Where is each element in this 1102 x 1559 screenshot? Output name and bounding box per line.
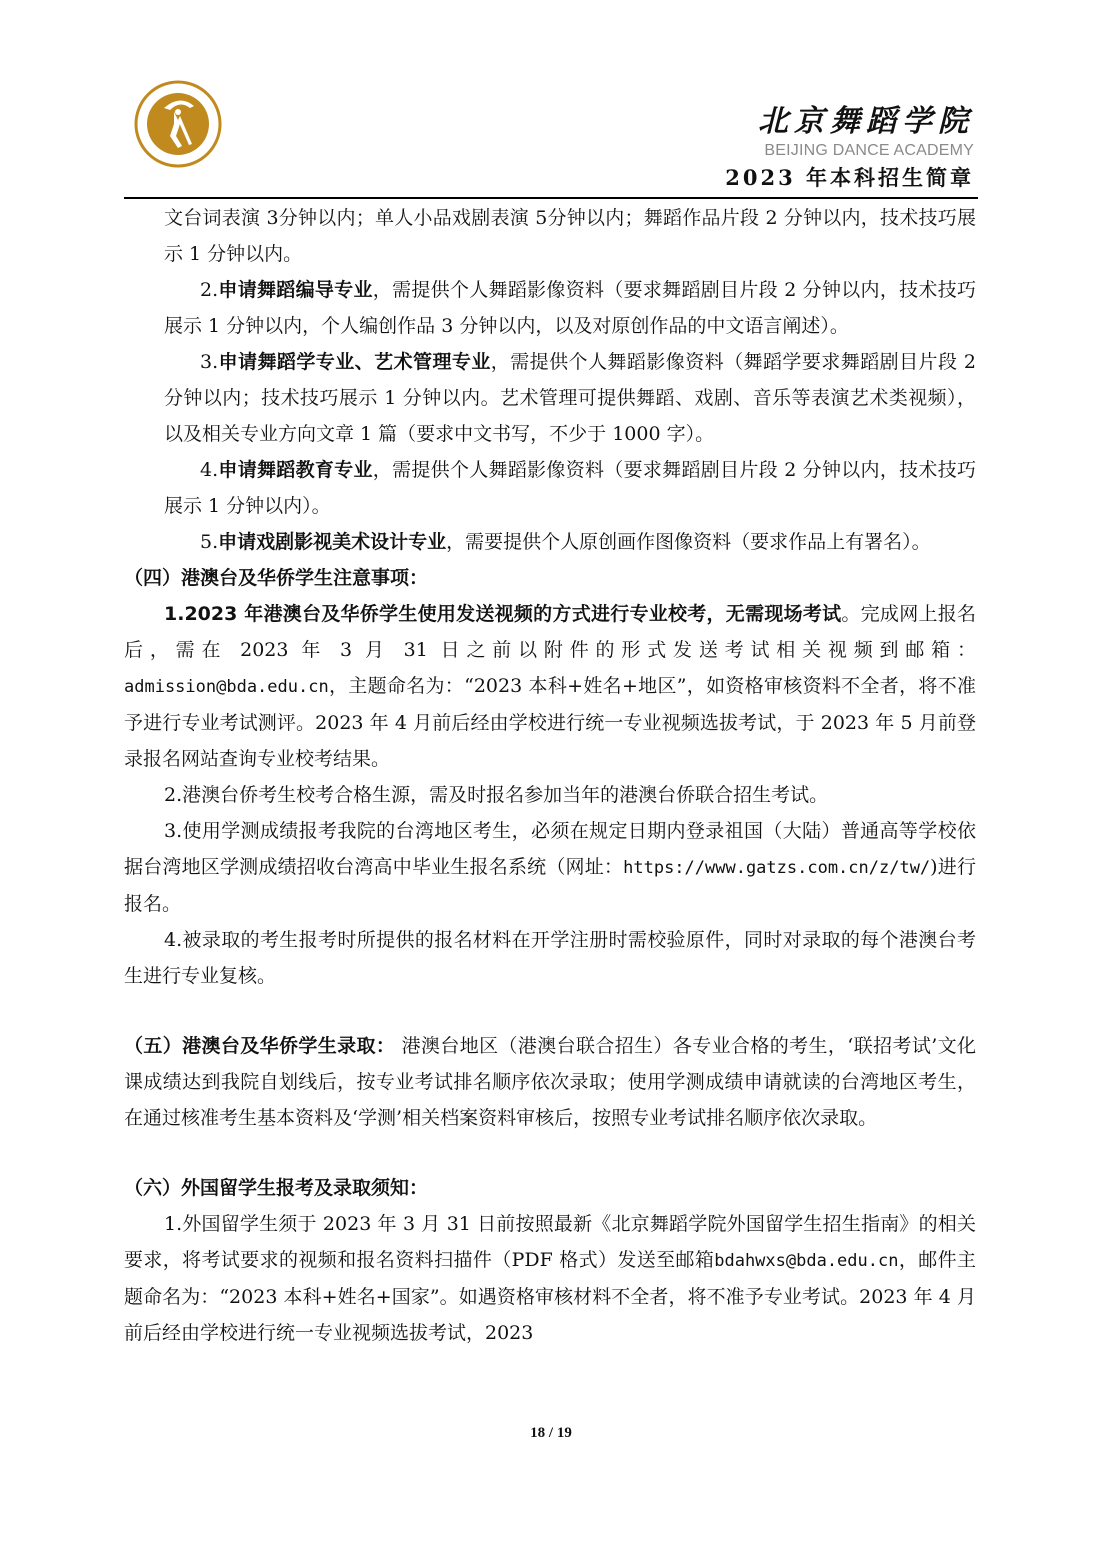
item-bold: 申请戏剧影视美术设计专业 bbox=[218, 531, 446, 553]
document-title: 2023 年本科招生简章 bbox=[725, 164, 974, 192]
section-4-item-2: 2.港澳台侨考生校考合格生源，需及时报名参加当年的港澳台侨联合招生考试。 bbox=[124, 777, 976, 813]
section-4-item-1: 1.2023 年港澳台及华侨学生使用发送视频的方式进行专业校考，无需现场考试。完… bbox=[124, 596, 976, 777]
section-4-item-4: 4.被录取的考生报考时所提供的报名材料在开学注册时需校验原件，同时对录取的每个港… bbox=[124, 922, 976, 994]
bda-seal-logo-icon bbox=[134, 80, 222, 168]
list-item: 4.申请舞蹈教育专业，需提供个人舞蹈影像资料（要求舞蹈剧目片段 2 分钟以内，技… bbox=[124, 452, 976, 524]
list-item: 2.申请舞蹈编导专业，需提供个人舞蹈影像资料（要求舞蹈剧目片段 2 分钟以内，技… bbox=[124, 272, 976, 344]
section-4-item-3: 3.使用学测成绩报考我院的台湾地区考生，必须在规定日期内登录祖国（大陆）普通高等… bbox=[124, 813, 976, 922]
item-number: 2. bbox=[200, 279, 218, 301]
brand-block: 北京舞蹈学院 BEIJING DANCE ACADEMY 2023 年本科招生简… bbox=[725, 104, 974, 192]
page-indicator: 18 / 19 bbox=[0, 1425, 1102, 1442]
email-link[interactable]: admission@bda.edu.cn bbox=[124, 677, 329, 697]
section-4-heading: （四）港澳台及华侨学生注意事项： bbox=[124, 560, 976, 596]
document-body: 文台词表演 3分钟以内；单人小品戏剧表演 5分钟以内；舞蹈作品片段 2 分钟以内… bbox=[124, 200, 976, 1351]
section-6-heading: （六）外国留学生报考及录取须知： bbox=[124, 1170, 976, 1206]
school-name-cn: 北京舞蹈学院 bbox=[725, 104, 974, 140]
email-link[interactable]: bdahwxs@bda.edu.cn bbox=[714, 1251, 898, 1271]
header-rule bbox=[124, 197, 978, 199]
item-number: 3. bbox=[200, 351, 218, 373]
section-5: （五）港澳台及华侨学生录取： 港澳台地区（港澳台联合招生）各专业合格的考生，‘联… bbox=[124, 1028, 976, 1136]
intro-continuation: 文台词表演 3分钟以内；单人小品戏剧表演 5分钟以内；舞蹈作品片段 2 分钟以内… bbox=[124, 200, 976, 272]
spacer bbox=[124, 1136, 976, 1170]
item-text: ，需要提供个人原创画作图像资料（要求作品上有署名）。 bbox=[446, 531, 931, 553]
item-bold: 申请舞蹈教育专业 bbox=[218, 459, 373, 481]
list-item: 3.申请舞蹈学专业、艺术管理专业，需提供个人舞蹈影像资料（舞蹈学要求舞蹈剧目片段… bbox=[124, 344, 976, 452]
section-5-heading: （五）港澳台及华侨学生录取： bbox=[124, 1035, 395, 1057]
section-6-item-1: 1.外国留学生须于 2023 年 3 月 31 日前按照最新《北京舞蹈学院外国留… bbox=[124, 1206, 976, 1351]
item-number: 4. bbox=[200, 459, 218, 481]
item-bold: 申请舞蹈学专业、艺术管理专业 bbox=[218, 351, 491, 373]
list-item: 5.申请戏剧影视美术设计专业，需要提供个人原创画作图像资料（要求作品上有署名）。 bbox=[124, 524, 976, 560]
url-link[interactable]: https://www.gatzs.com.cn/z/tw/ bbox=[623, 858, 930, 878]
spacer bbox=[124, 994, 976, 1028]
item-number: 5. bbox=[200, 531, 218, 553]
item-bold: 申请舞蹈编导专业 bbox=[218, 279, 373, 301]
item-bold: 1.2023 年港澳台及华侨学生使用发送视频的方式进行专业校考，无需现场考试 bbox=[164, 603, 841, 625]
school-name-en: BEIJING DANCE ACADEMY bbox=[725, 142, 974, 160]
